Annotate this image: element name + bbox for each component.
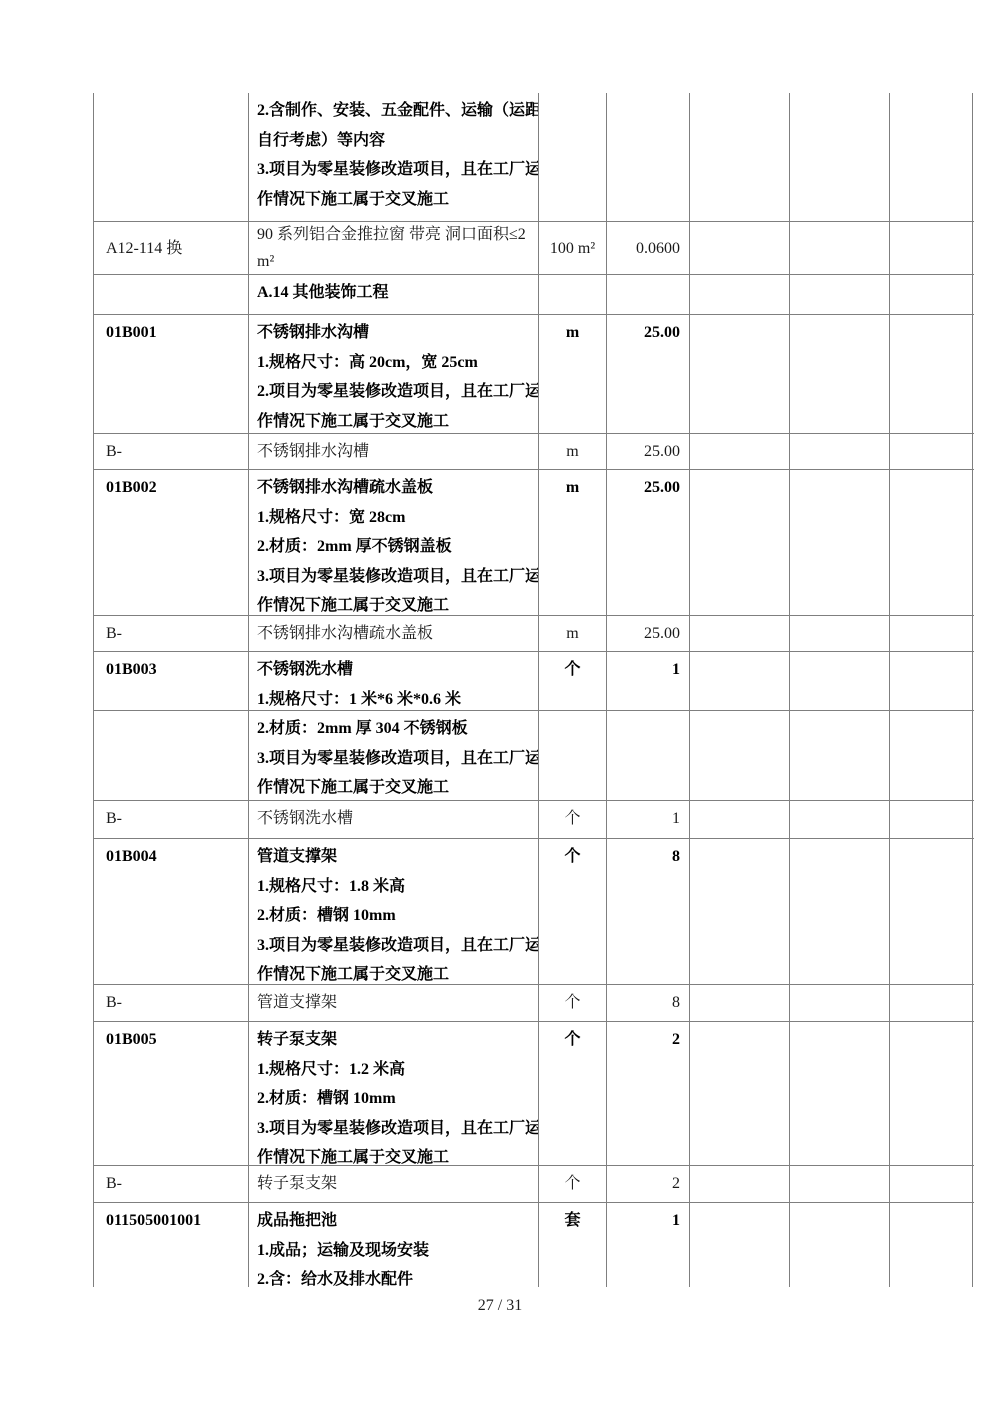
table-row: 01B002不锈钢排水沟槽疏水盖板1.规格尺寸：宽 28cm2.材质：2mm 厚… (94, 470, 974, 616)
table-row: B-不锈钢排水沟槽m25.00 (94, 434, 974, 470)
item-desc-cell: 管道支撑架1.规格尺寸：1.8 米高2.材质：槽钢 10mm3.项目为零星装修改… (249, 839, 539, 984)
empty-cell (690, 652, 790, 710)
quantity-cell: 1 (607, 1203, 690, 1287)
item-code-cell: B- (94, 985, 249, 1021)
unit-cell: 套 (539, 1203, 607, 1287)
empty-cell (690, 1166, 790, 1202)
empty-cell (890, 222, 973, 274)
empty-cell (890, 434, 973, 469)
item-desc-cell: 管道支撑架 (249, 985, 539, 1021)
item-code-cell: 01B001 (94, 315, 249, 433)
unit-cell: m (539, 616, 607, 651)
table-row: B-管道支撑架个8 (94, 985, 974, 1022)
quantity-cell: 1 (607, 652, 690, 710)
item-code-cell: 01B004 (94, 839, 249, 984)
item-desc-cell: 不锈钢排水沟槽疏水盖板1.规格尺寸：宽 28cm2.材质：2mm 厚不锈钢盖板3… (249, 470, 539, 615)
item-desc-cell: 不锈钢洗水槽 (249, 801, 539, 838)
empty-cell (890, 315, 973, 433)
unit-cell: 100 m² (539, 222, 607, 274)
empty-cell (790, 839, 890, 984)
quantity-cell (607, 275, 690, 314)
empty-cell (690, 1022, 790, 1165)
empty-cell (790, 434, 890, 469)
quantity-cell: 2 (607, 1022, 690, 1165)
table-row: 01B005转子泵支架1.规格尺寸：1.2 米高2.材质：槽钢 10mm3.项目… (94, 1022, 974, 1166)
empty-cell (690, 222, 790, 274)
item-code-cell: A12-114 换 (94, 222, 249, 274)
item-code-cell: B- (94, 434, 249, 469)
empty-cell (890, 652, 973, 710)
unit-cell: 个 (539, 985, 607, 1021)
empty-cell (890, 616, 973, 651)
unit-cell: m (539, 315, 607, 433)
quantity-cell: 8 (607, 839, 690, 984)
item-desc-cell: 转子泵支架1.规格尺寸：1.2 米高2.材质：槽钢 10mm3.项目为零星装修改… (249, 1022, 539, 1165)
empty-cell (690, 93, 790, 221)
empty-cell (890, 839, 973, 984)
empty-cell (690, 315, 790, 433)
item-desc-cell: A.14 其他装饰工程 (249, 275, 539, 314)
item-desc-cell: 不锈钢排水沟槽疏水盖板 (249, 616, 539, 651)
empty-cell (690, 275, 790, 314)
table-row: 2.含制作、安装、五金配件、运输（运距自行考虑）等内容3.项目为零星装修改造项目… (94, 93, 974, 222)
item-code-cell: 01B002 (94, 470, 249, 615)
item-code-cell: 01B003 (94, 652, 249, 710)
empty-cell (790, 1203, 890, 1287)
quantity-cell: 25.00 (607, 616, 690, 651)
unit-cell: m (539, 434, 607, 469)
item-code-cell: B- (94, 1166, 249, 1202)
empty-cell (890, 801, 973, 838)
table-row: A12-114 换90 系列铝合金推拉窗 带亮 洞口面积≤2m²100 m²0.… (94, 222, 974, 275)
quantity-cell: 0.0600 (607, 222, 690, 274)
item-code-cell: 011505001001 (94, 1203, 249, 1287)
empty-cell (690, 1203, 790, 1287)
boq-table: 2.含制作、安装、五金配件、运输（运距自行考虑）等内容3.项目为零星装修改造项目… (93, 93, 974, 1287)
empty-cell (790, 222, 890, 274)
empty-cell (790, 1166, 890, 1202)
empty-cell (790, 470, 890, 615)
quantity-cell: 1 (607, 801, 690, 838)
unit-cell: 个 (539, 1022, 607, 1165)
empty-cell (790, 1022, 890, 1165)
quantity-cell: 25.00 (607, 470, 690, 615)
item-desc-cell: 2.材质：2mm 厚 304 不锈钢板3.项目为零星装修改造项目，且在工厂运作情… (249, 711, 539, 800)
item-desc-cell: 不锈钢排水沟槽 (249, 434, 539, 469)
empty-cell (690, 801, 790, 838)
empty-cell (790, 985, 890, 1021)
unit-cell: 个 (539, 652, 607, 710)
document-page: 2.含制作、安装、五金配件、运输（运距自行考虑）等内容3.项目为零星装修改造项目… (0, 0, 1000, 1414)
unit-cell: 个 (539, 801, 607, 838)
table-row: A.14 其他装饰工程 (94, 275, 974, 315)
item-desc-cell: 转子泵支架 (249, 1166, 539, 1202)
empty-cell (890, 93, 973, 221)
table-row: 01B003不锈钢洗水槽1.规格尺寸：1 米*6 米*0.6 米个1 (94, 652, 974, 711)
table-row: 01B004管道支撑架1.规格尺寸：1.8 米高2.材质：槽钢 10mm3.项目… (94, 839, 974, 985)
unit-cell: 个 (539, 1166, 607, 1202)
quantity-cell (607, 93, 690, 221)
empty-cell (790, 93, 890, 221)
unit-cell: m (539, 470, 607, 615)
empty-cell (890, 985, 973, 1021)
empty-cell (690, 470, 790, 615)
page-number: 27 / 31 (0, 1297, 1000, 1315)
table-row: B-不锈钢排水沟槽疏水盖板m25.00 (94, 616, 974, 652)
table-row: 2.材质：2mm 厚 304 不锈钢板3.项目为零星装修改造项目，且在工厂运作情… (94, 711, 974, 801)
empty-cell (790, 652, 890, 710)
unit-cell (539, 275, 607, 314)
item-desc-cell: 2.含制作、安装、五金配件、运输（运距自行考虑）等内容3.项目为零星装修改造项目… (249, 93, 539, 221)
empty-cell (790, 275, 890, 314)
empty-cell (790, 616, 890, 651)
empty-cell (790, 801, 890, 838)
empty-cell (690, 616, 790, 651)
table-row: 01B001不锈钢排水沟槽1.规格尺寸：高 20cm，宽 25cm2.项目为零星… (94, 315, 974, 434)
item-code-cell: 01B005 (94, 1022, 249, 1165)
item-desc-cell: 成品拖把池1.成品；运输及现场安装2.含：给水及排水配件 (249, 1203, 539, 1287)
table-row: 011505001001成品拖把池1.成品；运输及现场安装2.含：给水及排水配件… (94, 1203, 974, 1287)
item-code-cell (94, 93, 249, 221)
empty-cell (890, 275, 973, 314)
empty-cell (890, 470, 973, 615)
unit-cell: 个 (539, 839, 607, 984)
quantity-cell: 8 (607, 985, 690, 1021)
empty-cell (690, 711, 790, 800)
table-row: B-转子泵支架个2 (94, 1166, 974, 1203)
item-code-cell (94, 275, 249, 314)
empty-cell (890, 1022, 973, 1165)
item-desc-cell: 不锈钢洗水槽1.规格尺寸：1 米*6 米*0.6 米 (249, 652, 539, 710)
empty-cell (890, 1203, 973, 1287)
quantity-cell: 25.00 (607, 315, 690, 433)
item-code-cell: B- (94, 616, 249, 651)
item-desc-cell: 不锈钢排水沟槽1.规格尺寸：高 20cm，宽 25cm2.项目为零星装修改造项目… (249, 315, 539, 433)
item-desc-cell: 90 系列铝合金推拉窗 带亮 洞口面积≤2m² (249, 222, 539, 274)
empty-cell (690, 434, 790, 469)
item-code-cell (94, 711, 249, 800)
quantity-cell (607, 711, 690, 800)
empty-cell (790, 315, 890, 433)
empty-cell (790, 711, 890, 800)
item-code-cell: B- (94, 801, 249, 838)
quantity-cell: 25.00 (607, 434, 690, 469)
unit-cell (539, 711, 607, 800)
table-row: B-不锈钢洗水槽个1 (94, 801, 974, 839)
empty-cell (890, 711, 973, 800)
quantity-cell: 2 (607, 1166, 690, 1202)
empty-cell (690, 985, 790, 1021)
empty-cell (690, 839, 790, 984)
empty-cell (890, 1166, 973, 1202)
unit-cell (539, 93, 607, 221)
